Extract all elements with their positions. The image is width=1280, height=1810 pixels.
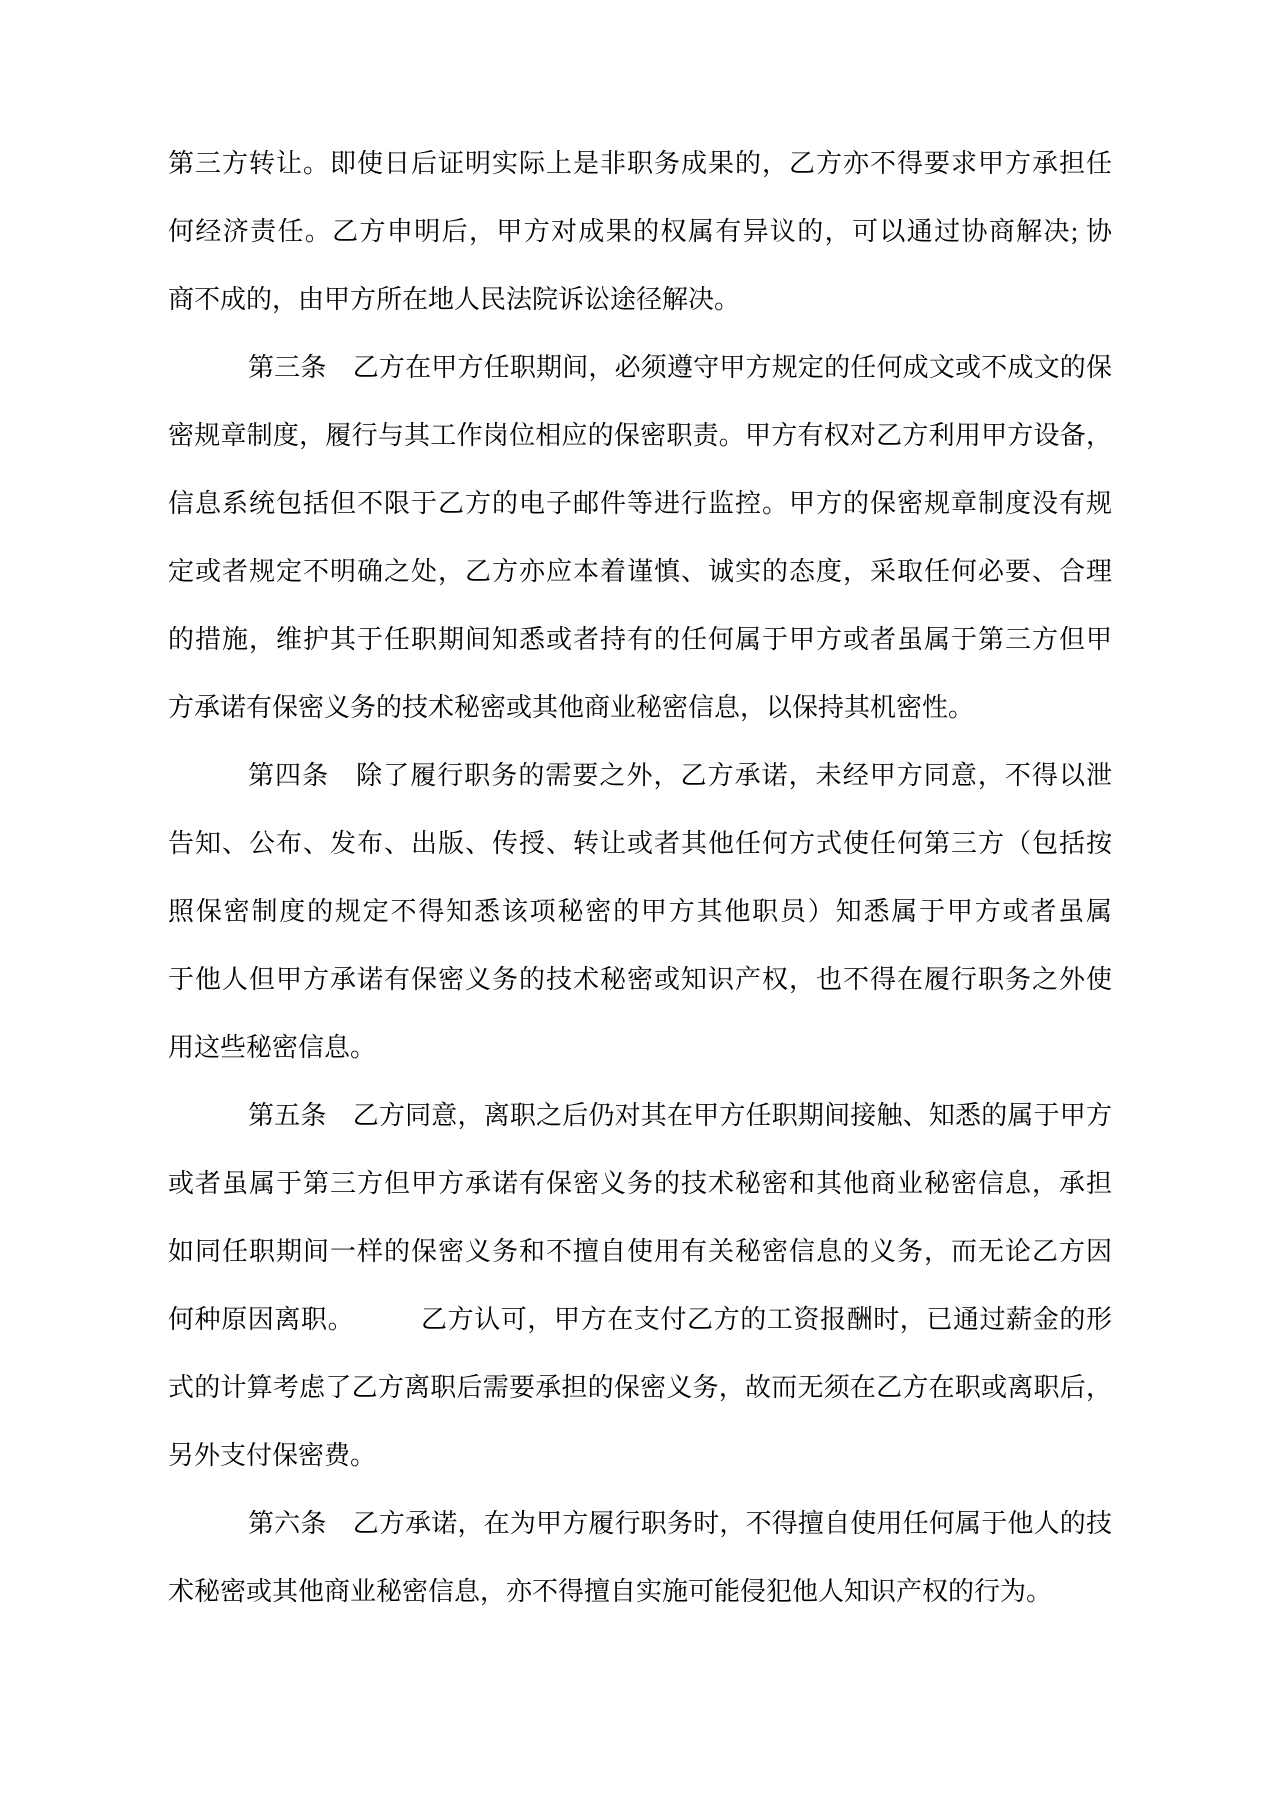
text-line: 何经济责任。乙方申明后，甲方对成果的权属有异议的，可以通过协商解决; 协 (168, 198, 1112, 266)
text-line: 商不成的，由甲方所在地人民法院诉讼途径解决。 (168, 266, 1112, 334)
text-line: 如同任职期间一样的保密义务和不擅自使用有关秘密信息的义务，而无论乙方因 (168, 1218, 1112, 1286)
text-line: 照保密制度的规定不得知悉该项秘密的甲方其他职员）知悉属于甲方或者虽属 (168, 878, 1112, 946)
text-line: 术秘密或其他商业秘密信息，亦不得擅自实施可能侵犯他人知识产权的行为。 (168, 1558, 1112, 1626)
text-line: 何种原因离职。 乙方认可，甲方在支付乙方的工资报酬时，已通过薪金的形 (168, 1286, 1112, 1354)
text-line: 方承诺有保密义务的技术秘密或其他商业秘密信息，以保持其机密性。 (168, 674, 1112, 742)
text-line: 于他人但甲方承诺有保密义务的技术秘密或知识产权，也不得在履行职务之外使 (168, 946, 1112, 1014)
text-line: 用这些秘密信息。 (168, 1014, 1112, 1082)
text-line: 另外支付保密费。 (168, 1422, 1112, 1490)
text-line: 第五条 乙方同意，离职之后仍对其在甲方任职期间接触、知悉的属于甲方 (168, 1082, 1112, 1150)
text-line: 第四条 除了履行职务的需要之外，乙方承诺，未经甲方同意，不得以泄露、 (168, 742, 1112, 810)
text-line: 第三条 乙方在甲方任职期间，必须遵守甲方规定的任何成文或不成文的保 (168, 334, 1112, 402)
document-page: 第三方转让。即使日后证明实际上是非职务成果的，乙方亦不得要求甲方承担任何经济责任… (0, 0, 1280, 1810)
document-text-block: 第三方转让。即使日后证明实际上是非职务成果的，乙方亦不得要求甲方承担任何经济责任… (168, 130, 1112, 1626)
text-line: 定或者规定不明确之处，乙方亦应本着谨慎、诚实的态度，采取任何必要、合理 (168, 538, 1112, 606)
text-line: 第六条 乙方承诺，在为甲方履行职务时，不得擅自使用任何属于他人的技 (168, 1490, 1112, 1558)
text-line: 信息系统包括但不限于乙方的电子邮件等进行监控。甲方的保密规章制度没有规 (168, 470, 1112, 538)
text-line: 告知、公布、发布、出版、传授、转让或者其他任何方式使任何第三方（包括按 (168, 810, 1112, 878)
text-line: 式的计算考虑了乙方离职后需要承担的保密义务，故而无须在乙方在职或离职后， (168, 1354, 1112, 1422)
text-line: 的措施，维护其于任职期间知悉或者持有的任何属于甲方或者虽属于第三方但甲 (168, 606, 1112, 674)
text-line: 或者虽属于第三方但甲方承诺有保密义务的技术秘密和其他商业秘密信息，承担 (168, 1150, 1112, 1218)
text-line: 密规章制度，履行与其工作岗位相应的保密职责。甲方有权对乙方利用甲方设备， (168, 402, 1112, 470)
text-line: 第三方转让。即使日后证明实际上是非职务成果的，乙方亦不得要求甲方承担任 (168, 130, 1112, 198)
